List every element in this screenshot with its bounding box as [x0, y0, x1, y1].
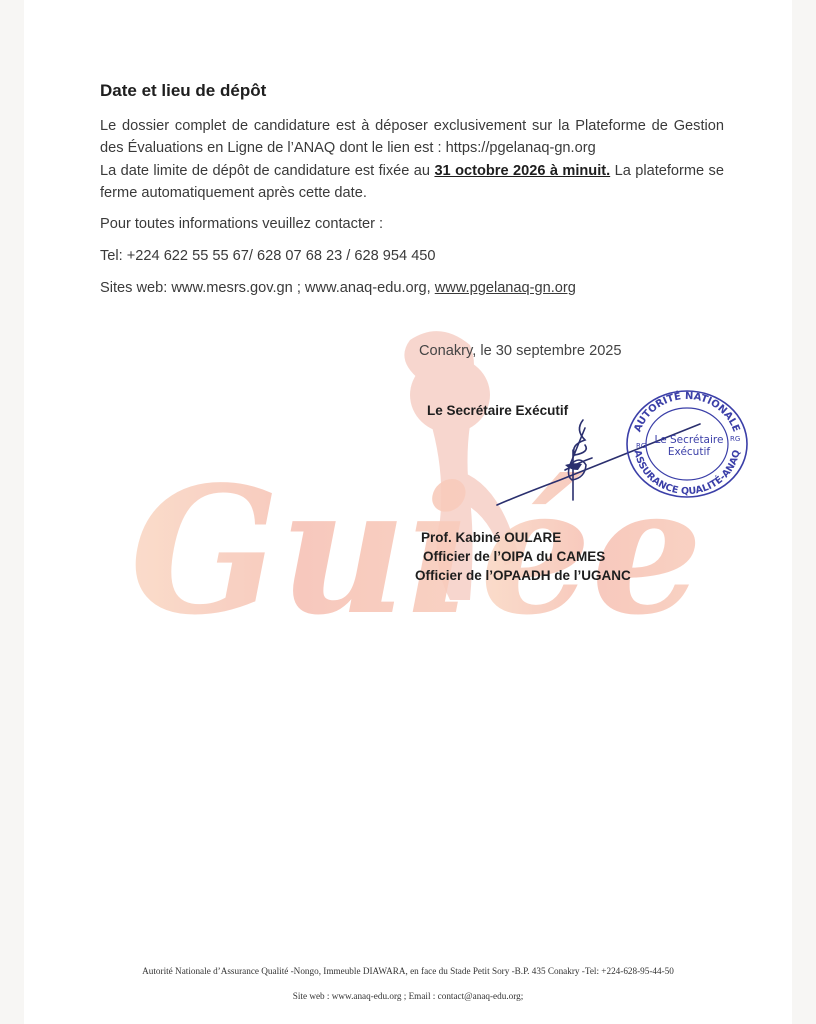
svg-text:RG: RG [730, 435, 740, 443]
contact-intro: Pour toutes informations veuillez contac… [100, 216, 383, 232]
stamp-center-line2: Exécutif [668, 446, 710, 458]
phone-numbers: Tel: +224 622 55 55 67/ 628 07 68 23 / 6… [100, 248, 436, 264]
signer-role-cames: Officier de l’OIPA du CAMES [421, 547, 631, 566]
official-stamp-icon: AUTORITÉ NATIONALE ASSURANCE QUALITÉ-ANA… [624, 388, 750, 500]
stamp-center-line1: Le Secrétaire [655, 434, 724, 446]
websites-line: Sites web: www.mesrs.gov.gn ; www.anaq-e… [100, 280, 576, 296]
section-heading: Date et lieu de dépôt [100, 81, 266, 101]
place-and-date: Conakry, le 30 septembre 2025 [419, 343, 622, 359]
deadline-paragraph: La date limite de dépôt de candidature e… [100, 160, 724, 204]
pgelanaq-link[interactable]: www.pgelanaq-gn.org [435, 280, 576, 296]
deadline-prefix: La date limite de dépôt de candidature e… [100, 163, 434, 179]
deadline-date: 31 octobre 2026 à minuit. [434, 163, 610, 179]
signer-role-uganc: Officier de l’OPAADH de l’UGANC [415, 566, 631, 585]
submission-paragraph: Le dossier complet de candidature est à … [100, 115, 724, 159]
svg-text:AUTORITÉ NATIONALE: AUTORITÉ NATIONALE [632, 389, 741, 433]
signer-name: Prof. Kabiné OULARE [421, 528, 631, 547]
footer-contact: Site web : www.anaq-edu.org ; Email : co… [0, 991, 816, 1001]
svg-text:RG: RG [636, 442, 646, 450]
websites-text: Sites web: www.mesrs.gov.gn ; www.anaq-e… [100, 280, 435, 296]
footer-address: Autorité Nationale d’Assurance Qualité -… [0, 966, 816, 976]
signer-title: Le Secrétaire Exécutif [427, 403, 568, 418]
signer-name-block: Prof. Kabiné OULARE Officier de l’OIPA d… [421, 528, 631, 585]
